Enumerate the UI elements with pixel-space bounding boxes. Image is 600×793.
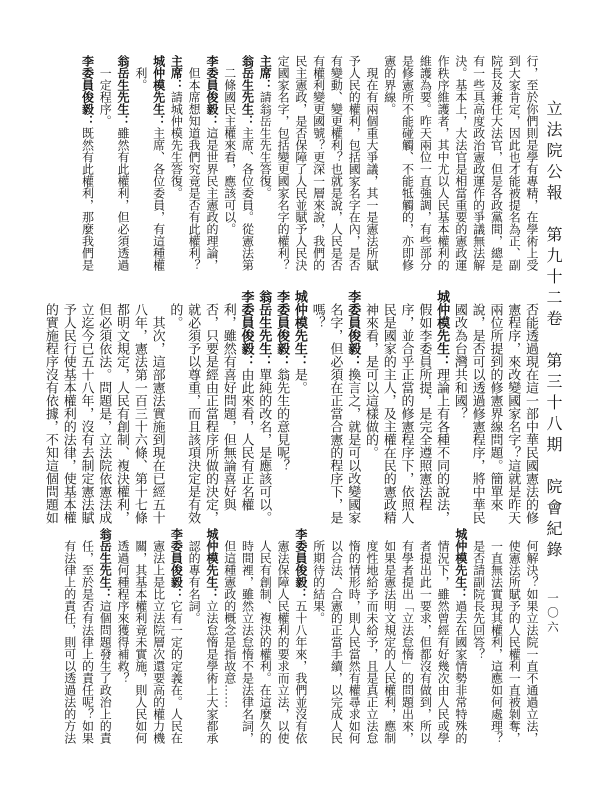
paragraph: 其次，這部憲法實施到現在已經五十八年，憲法第一百三十六條、第十七條都明文規定，人… — [42, 290, 166, 525]
speech-paragraph: 翁岳生先生：單純的改名，是應該可以。 — [256, 290, 274, 525]
speech-paragraph: 李委員俊毅：由此來看，人民有正名權利，雖然有喜好問題，但無論喜好與否，只要是經由… — [167, 290, 256, 525]
speech-paragraph: 城仲模先生：立法怠惰是學術上大家都承認的專有名詞。 — [184, 528, 220, 745]
speaker-name: 主席： — [258, 55, 272, 91]
speaker-name: 城仲模先生： — [435, 290, 450, 368]
page-number: 一〇六 — [544, 592, 560, 636]
paragraph: 行，至於你們則是學有專精，在學術上受到大家肯定，因此也才能被提名為正、副院長及兼… — [380, 55, 540, 272]
text-band-top: 行，至於你們則是學有專精，在學術上受到大家肯定，因此也才能被提名為正、副院長及兼… — [58, 55, 540, 272]
speech-paragraph: 李委員俊毅：翁先生的意見呢？ — [273, 290, 291, 525]
speech-paragraph: 翁岳生先生：雖然有此權利，但必須透過一定程序。 — [95, 55, 131, 272]
speaker-name: 李委員俊毅： — [205, 55, 219, 127]
speaker-name: 翁岳生先生： — [257, 290, 272, 368]
gazette-edition-header: 立法院公報 第九十二卷 第三十八期 院會紀錄 — [540, 100, 564, 562]
speech-paragraph: 主席：請城仲模先生答復。 — [167, 55, 185, 272]
speech-paragraph: 李委員俊毅：五十八年來，我們並沒有依憲法保障人民權利的要求而立法，以使人民有創制… — [220, 528, 309, 745]
text-band-middle: 否能透過現在這一部中華民國憲法的修憲程序，來改變國家名字？這就是昨天兩位所提到的… — [58, 290, 540, 525]
speech-paragraph: 城仲模先生：理論上有各種不同的說法，假如李委員所提，是完全遵照憲法程序，並合乎正… — [362, 290, 451, 525]
speaker-name: 李委員俊毅： — [275, 290, 290, 368]
speaker-name: 城仲模先生： — [454, 528, 468, 600]
speech-paragraph: 李委員俊毅：換言之，就是可以改變國家名字，但必須在正當合憲的程序下，是嗎？ — [309, 290, 362, 525]
speech-paragraph: 城仲模先生：過去在國家情勢非常特殊的情況下，雖然曾經有好幾次由人民或學者提出此一… — [309, 528, 469, 745]
speech-paragraph: 李委員俊毅：它有一定的定義在。人民在憲法上是比立法院層次還要高的權力機關，其基本… — [113, 528, 184, 745]
speaker-name: 城仲模先生： — [205, 528, 219, 600]
speaker-name: 李委員俊毅： — [346, 290, 361, 368]
paragraph: 現在有兩個重大爭議，其一是憲法所賦予人民的權利，包括國家名字在內，是否有變動、變… — [273, 55, 380, 272]
text-band-bottom: 何解決？如果立法院一直不通過立法，使憲法所賦予的人民權利一直被剝奪，一直無法實現… — [58, 528, 540, 745]
speaker-name: 李委員俊毅： — [169, 528, 183, 600]
speaker-name: 城仲模先生： — [293, 290, 308, 368]
speech-paragraph: 翁岳生先生：主席、各位委員。從憲法第二條國民主權來看，應該可以。 — [220, 55, 256, 272]
speaker-name: 李委員俊毅： — [80, 55, 94, 127]
speaker-name: 李委員俊毅： — [240, 290, 255, 368]
speaker-name: 翁岳生先生： — [241, 55, 255, 127]
speech-paragraph: 城仲模先生：主席、各位委員，有這種權利。 — [131, 55, 167, 272]
speaker-name: 翁岳生先生： — [98, 528, 112, 600]
speech-paragraph: 李委員俊毅：這是世界民主憲政的理論，但本席想知道我們究竟是否有此權利？ — [184, 55, 220, 272]
speaker-name: 李委員俊毅： — [294, 528, 308, 600]
speaker-name: 翁岳生先生： — [116, 55, 130, 127]
speaker-name: 城仲模先生： — [152, 55, 166, 127]
speech-paragraph: 李委員俊毅：既然有此權利，那麼我們是 — [78, 55, 96, 272]
paragraph: 何解決？如果立法院一直不通過立法，使憲法所賦予的人民權利一直被剝奪，一直無法實現… — [469, 528, 540, 745]
paragraph: 否能透過現在這一部中華民國憲法的修憲程序，來改變國家名字？這就是昨天兩位所提到的… — [451, 290, 540, 525]
speaker-name: 主席： — [169, 55, 183, 91]
speech-paragraph: 主席：請翁岳生先生答復。 — [256, 55, 274, 272]
speech-paragraph: 城仲模先生：是。 — [291, 290, 309, 525]
gazette-page: 立法院公報 第九十二卷 第三十八期 院會紀錄 一〇六 行，至於你們則是學有專精，… — [0, 0, 600, 793]
speech-paragraph: 翁岳生先生：這個問題發生了政治上的責任，至於是否有法律上的責任呢？如果有法律上的… — [60, 528, 113, 745]
